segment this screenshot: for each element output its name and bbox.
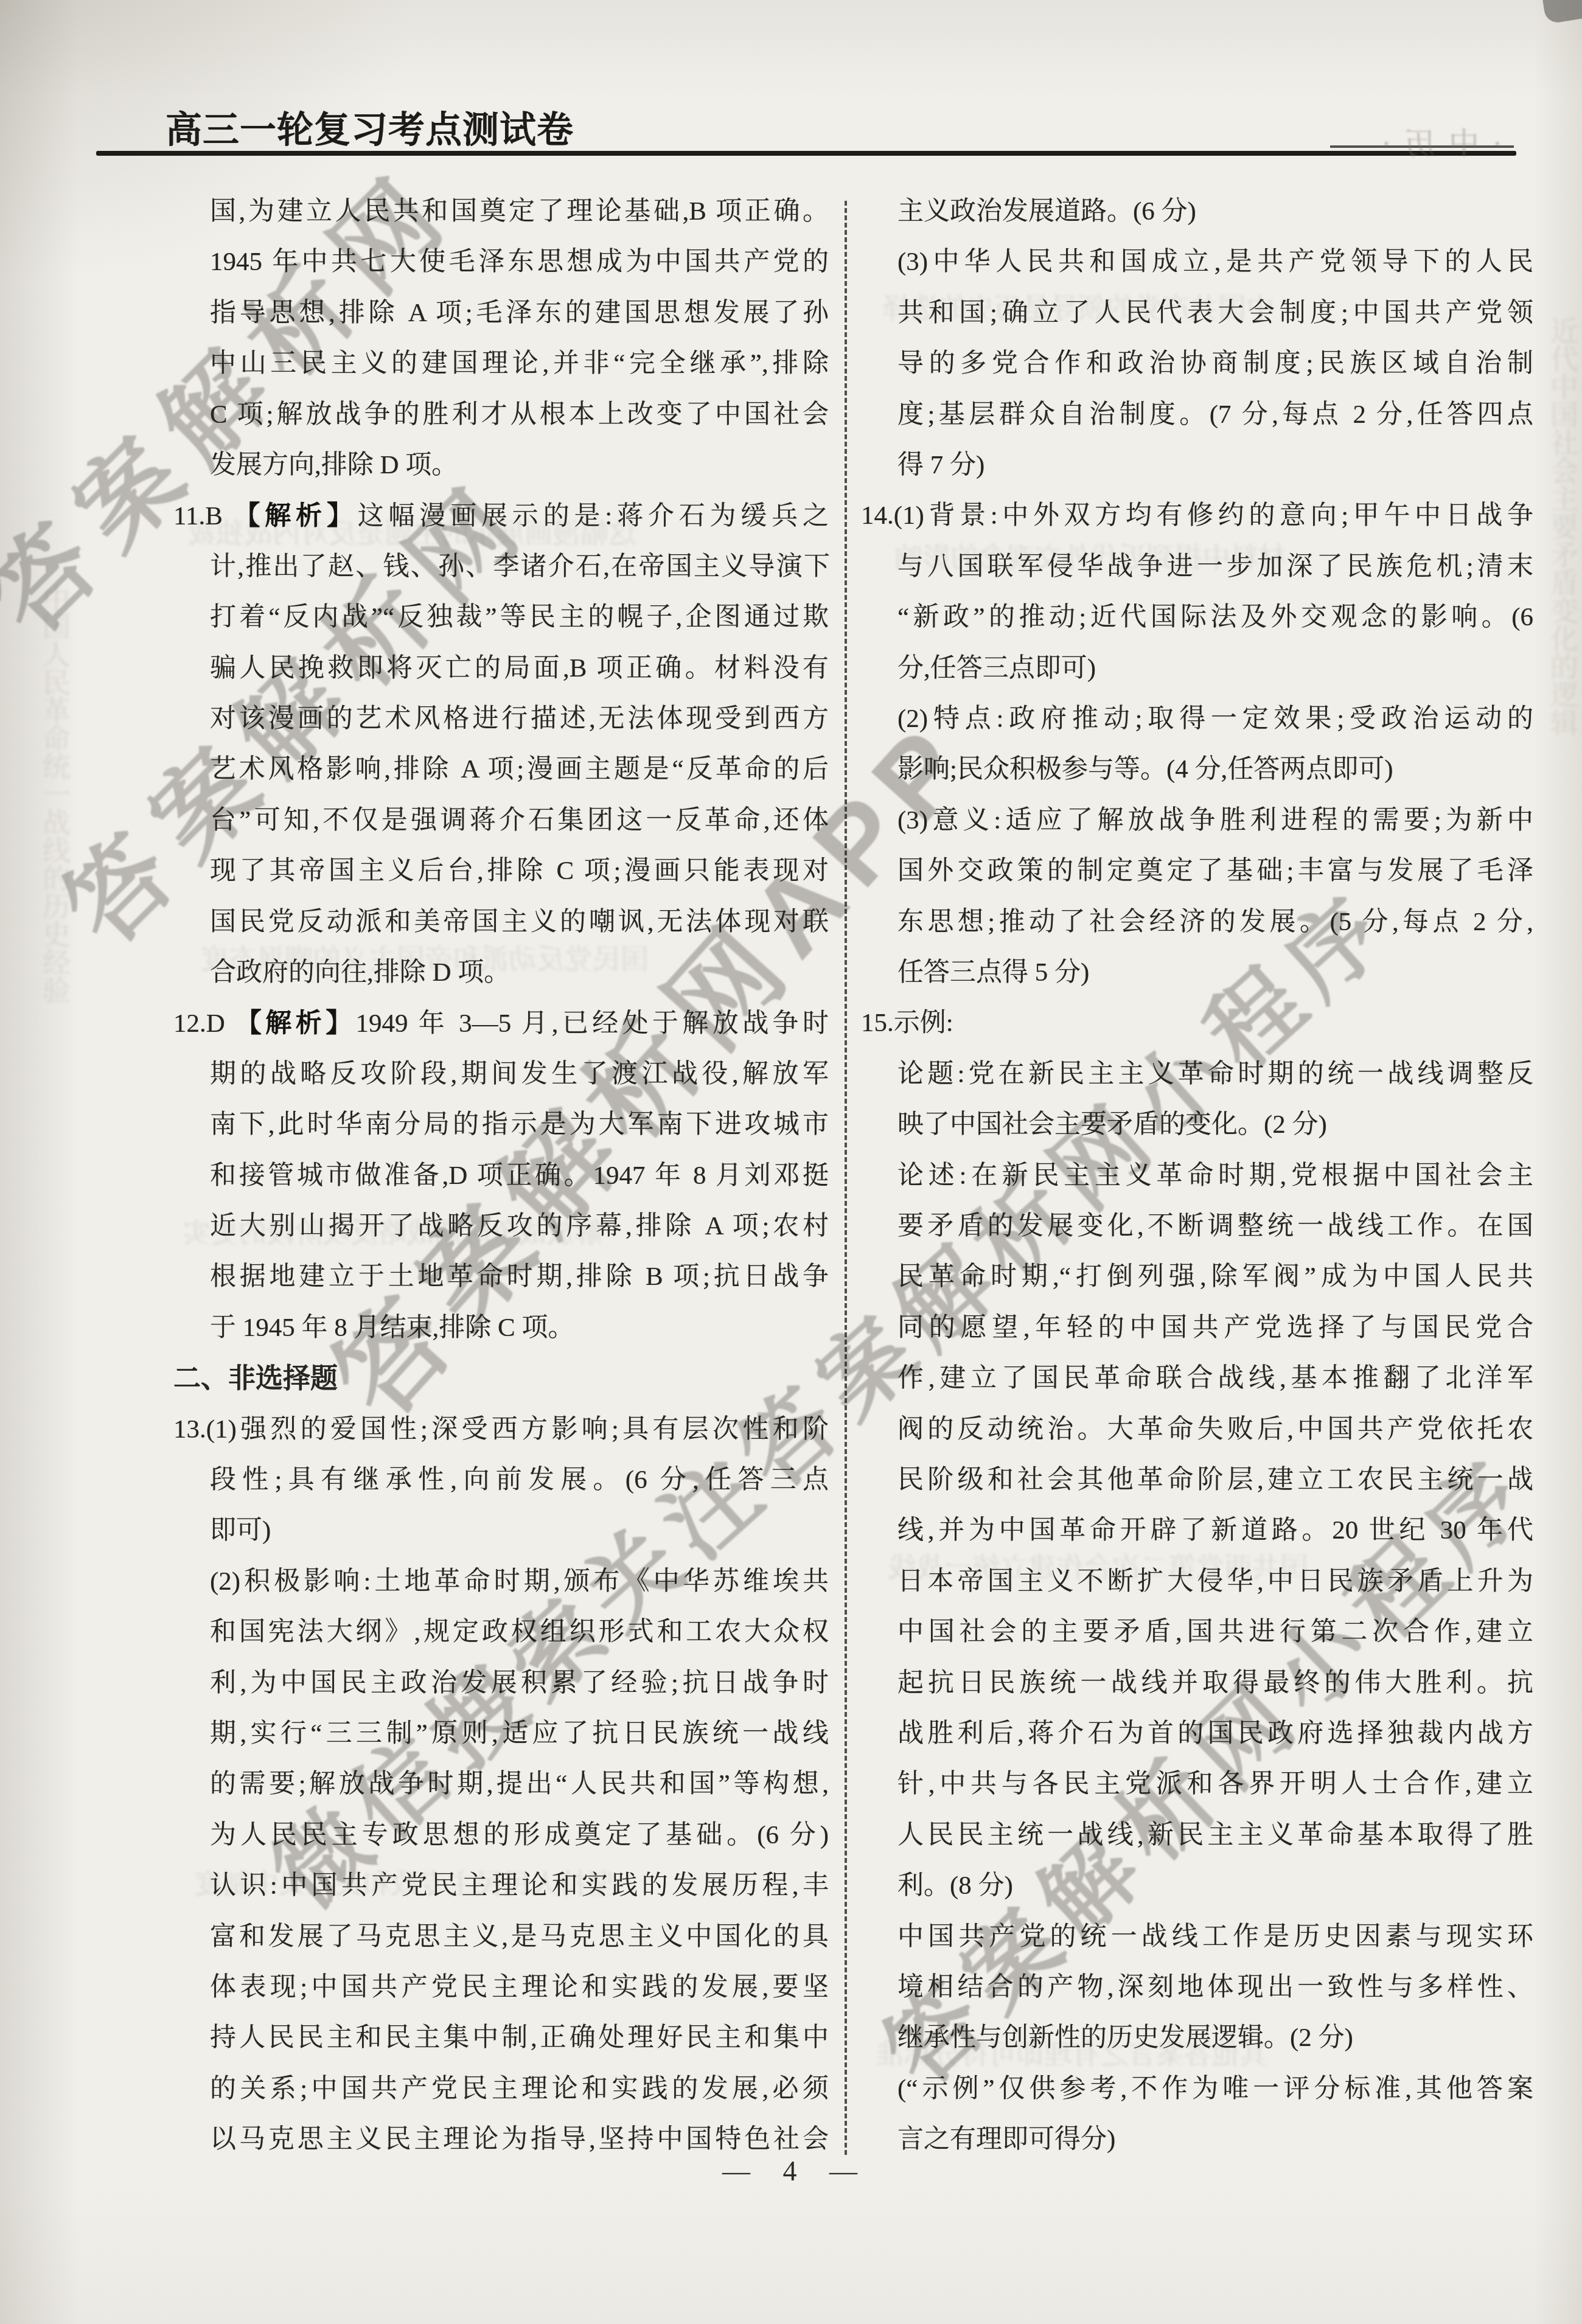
text-line: 阀的反动统治。大革命失败后,中国共产党依托农	[897, 1410, 1533, 1461]
text-line: 论述:在新民主主义革命时期,党根据中国社会主	[897, 1156, 1533, 1207]
text-line: 为人民民主专政思想的形成奠定了基础。(6 分)	[210, 1815, 829, 1867]
header-rule	[96, 151, 1516, 156]
text-line: 认识:中国共产党民主理论和实践的发展历程,丰	[210, 1866, 829, 1917]
text-line: (2)积极影响:土地革命时期,颁布《中华苏维埃共	[210, 1562, 829, 1613]
text-line: 境相结合的产物,深刻地体现出一致性与多样性、	[897, 1967, 1533, 2019]
text-line: (“示例”仅供参考,不作为唯一评分标准,其他答案	[897, 2069, 1533, 2120]
text-line: 得 7 分)	[897, 445, 1533, 496]
text-line: 人民民主统一战线,新民主主义革命基本取得了胜	[897, 1815, 1533, 1867]
text-line: 打着“反内战”“反独裁”等民主的幌子,企图通过欺	[210, 597, 829, 649]
text-line: 针,中共与各民主党派和各界开明人士合作,建立	[897, 1764, 1533, 1815]
text-line: 民革命时期,“打倒列强,除军阀”成为中国人民共	[897, 1257, 1533, 1308]
text-line: 论题:党在新民主主义革命时期的统一战线调整反	[897, 1054, 1533, 1105]
text-line: 分,任答三点即可)	[897, 649, 1533, 700]
text-line: 要矛盾的发展变化,不断调整统一战线工作。在国	[897, 1206, 1533, 1258]
text-line: 任答三点得 5 分)	[897, 953, 1533, 1004]
text-line: 和接管城市做准备,D 项正确。1947 年 8 月刘邓挺	[210, 1156, 829, 1207]
text-line: 与八国联军侵华战争进一步加深了民族危机;清末	[897, 547, 1533, 598]
text-line: 战胜利后,蒋介石为首的国民政府选择独裁内战方	[897, 1714, 1533, 1765]
page-title: 高三一轮复习考点测试卷	[166, 101, 574, 153]
text-line: 计,推出了赵、钱、孙、李诸介石,在帝国主义导演下	[210, 547, 829, 598]
text-line: 导的多党合作和政治协商制度;民族区域自治制	[897, 344, 1533, 395]
text-line: 二、非选择题	[173, 1359, 829, 1410]
text-line: 中国共产党的统一战线工作是历史因素与现实环	[897, 1917, 1533, 1968]
text-line: 作,建立了国民革命联合战线,基本推翻了北洋军	[897, 1359, 1533, 1410]
text-line: 利。(8 分)	[897, 1866, 1533, 1917]
text-line: 南下,此时华南分局的指示是为大军南下进攻城市	[210, 1105, 829, 1156]
text-line: 同的愿望,年轻的中国共产党选择了与国民党合	[897, 1308, 1533, 1359]
text-line: 民阶级和社会其他革命阶层,建立工农民主统一战	[897, 1460, 1533, 1511]
text-line: 富和发展了马克思主义,是马克思主义中国化的具	[210, 1917, 829, 1968]
text-line: (2)特点:政府推动;取得一定效果;受政治运动的	[897, 699, 1533, 750]
text-line: 的关系;中国共产党民主理论和实践的发展,必须	[210, 2069, 829, 2120]
bleedthrough-text: 中国人民革命统一战线的历史经验	[34, 584, 74, 1004]
text-line: 国民党反动派和美帝国主义的嘲讽,无法体现对联	[210, 902, 829, 953]
scan-corner-artifact	[1542, 0, 1582, 24]
text-line: 度;基层群众自治制度。(7 分,每点 2 分,任答四点	[897, 395, 1533, 446]
text-line: 和国宪法大纲》,规定政权组织形式和工农大众权	[210, 1612, 829, 1663]
text-line: 起抗日民族统一战线并取得最终的伟大胜利。抗	[897, 1663, 1533, 1714]
text-line: 骗人民挽救即将灭亡的局面,B 项正确。材料没有	[210, 649, 829, 700]
text-line: 11.B 【解析】这幅漫画展示的是:蒋介石为缓兵之	[173, 496, 829, 547]
text-line: 发展方向,排除 D 项。	[210, 445, 829, 496]
text-line: 14.(1)背景:中外双方均有修约的意向;甲午中日战争	[861, 496, 1533, 547]
text-line: 东思想;推动了社会经济的发展。(5 分,每点 2 分,	[897, 902, 1533, 953]
text-line: 12.D 【解析】1949 年 3—5 月,已经处于解放战争时	[173, 1003, 829, 1054]
text-line: 利,为中国民主政治发展积累了经验;抗日战争时	[210, 1663, 829, 1714]
bleedthrough-text: 近代中国社会主要矛盾变化的逻辑	[1542, 316, 1582, 736]
text-line: 的需要;解放战争时期,提出“人民共和国”等构想,	[210, 1764, 829, 1815]
text-line: “新政”的推动;近代国际法及外交观念的影响。(6	[897, 597, 1533, 649]
text-line: 台”可知,不仅是强调蒋介石集团这一反革命,还体	[210, 801, 829, 852]
text-line: 体表现;中国共产党民主理论和实践的发展,要坚	[210, 1967, 829, 2019]
text-line: 主义政治发展道路。(6 分)	[897, 192, 1533, 243]
text-line: 于 1945 年 8 月结束,排除 C 项。	[210, 1308, 829, 1359]
page-number: — 4 —	[0, 2155, 1582, 2187]
text-line: 中国社会的主要矛盾,国共进行第二次合作,建立	[897, 1612, 1533, 1663]
text-line: 根据地建立于土地革命时期,排除 B 项;抗日战争	[210, 1257, 829, 1308]
text-line: 对该漫画的艺术风格进行描述,无法体现受到西方	[210, 699, 829, 750]
text-line: (3)中华人民共和国成立,是共产党领导下的人民	[897, 242, 1533, 293]
scanned-answer-page: 高三一轮复习考点测试卷 ·中历· 中国共产党的领导是历史的选择材料中提到近代外交…	[0, 0, 1582, 2324]
text-line: 期的战略反攻阶段,期间发生了渡江战役,解放军	[210, 1054, 829, 1105]
text-line: C 项;解放战争的胜利才从根本上改变了中国社会	[210, 395, 829, 446]
text-line: 段性;具有继承性,向前发展。(6 分,任答三点	[210, 1460, 829, 1511]
text-line: 合政府的向往,排除 D 项。	[210, 953, 829, 1004]
column-divider	[845, 201, 847, 2155]
text-line: 继承性与创新性的历史发展逻辑。(2 分)	[897, 2018, 1533, 2069]
text-line: 影响;民众积极参与等。(4 分,任答两点即可)	[897, 750, 1533, 801]
text-line: 艺术风格影响,排除 A 项;漫画主题是“反革命的后	[210, 750, 829, 801]
text-line: 日本帝国主义不断扩大侵华,中日民族矛盾上升为	[897, 1562, 1533, 1613]
text-line: 现了其帝国主义后台,排除 C 项;漫画只能表现对	[210, 851, 829, 902]
text-line: 国,为建立人民共和国奠定了理论基础,B 项正确。	[210, 192, 829, 243]
text-line: 映了中国社会主要矛盾的变化。(2 分)	[897, 1105, 1533, 1156]
text-line: 国外交政策的制定奠定了基础;丰富与发展了毛泽	[897, 851, 1533, 902]
text-line: 15.示例:	[861, 1003, 1533, 1054]
text-line: 即可)	[210, 1511, 829, 1562]
text-line: 期,实行“三三制”原则,适应了抗日民族统一战线	[210, 1714, 829, 1765]
text-line: (3)意义:适应了解放战争胜利进程的需要;为新中	[897, 801, 1533, 852]
text-line: 指导思想,排除 A 项;毛泽东的建国思想发展了孙	[210, 293, 829, 344]
text-line: 中山三民主义的建国理论,并非“完全继承”,排除	[210, 344, 829, 395]
corner-bleedthrough-text: ·中历·	[1368, 119, 1502, 163]
text-line: 1945 年中共七大使毛泽东思想成为中国共产党的	[210, 242, 829, 293]
text-line: 持人民民主和民主集中制,正确处理好民主和集中	[210, 2018, 829, 2069]
text-line: 13.(1)强烈的爱国性;深受西方影响;具有层次性和阶	[173, 1410, 829, 1461]
text-line: 线,并为中国革命开辟了新道路。20 世纪 30 年代	[897, 1511, 1533, 1562]
text-line: 共和国;确立了人民代表大会制度;中国共产党领	[897, 293, 1533, 344]
text-line: 近大别山揭开了战略反攻的序幕,排除 A 项;农村	[210, 1206, 829, 1258]
